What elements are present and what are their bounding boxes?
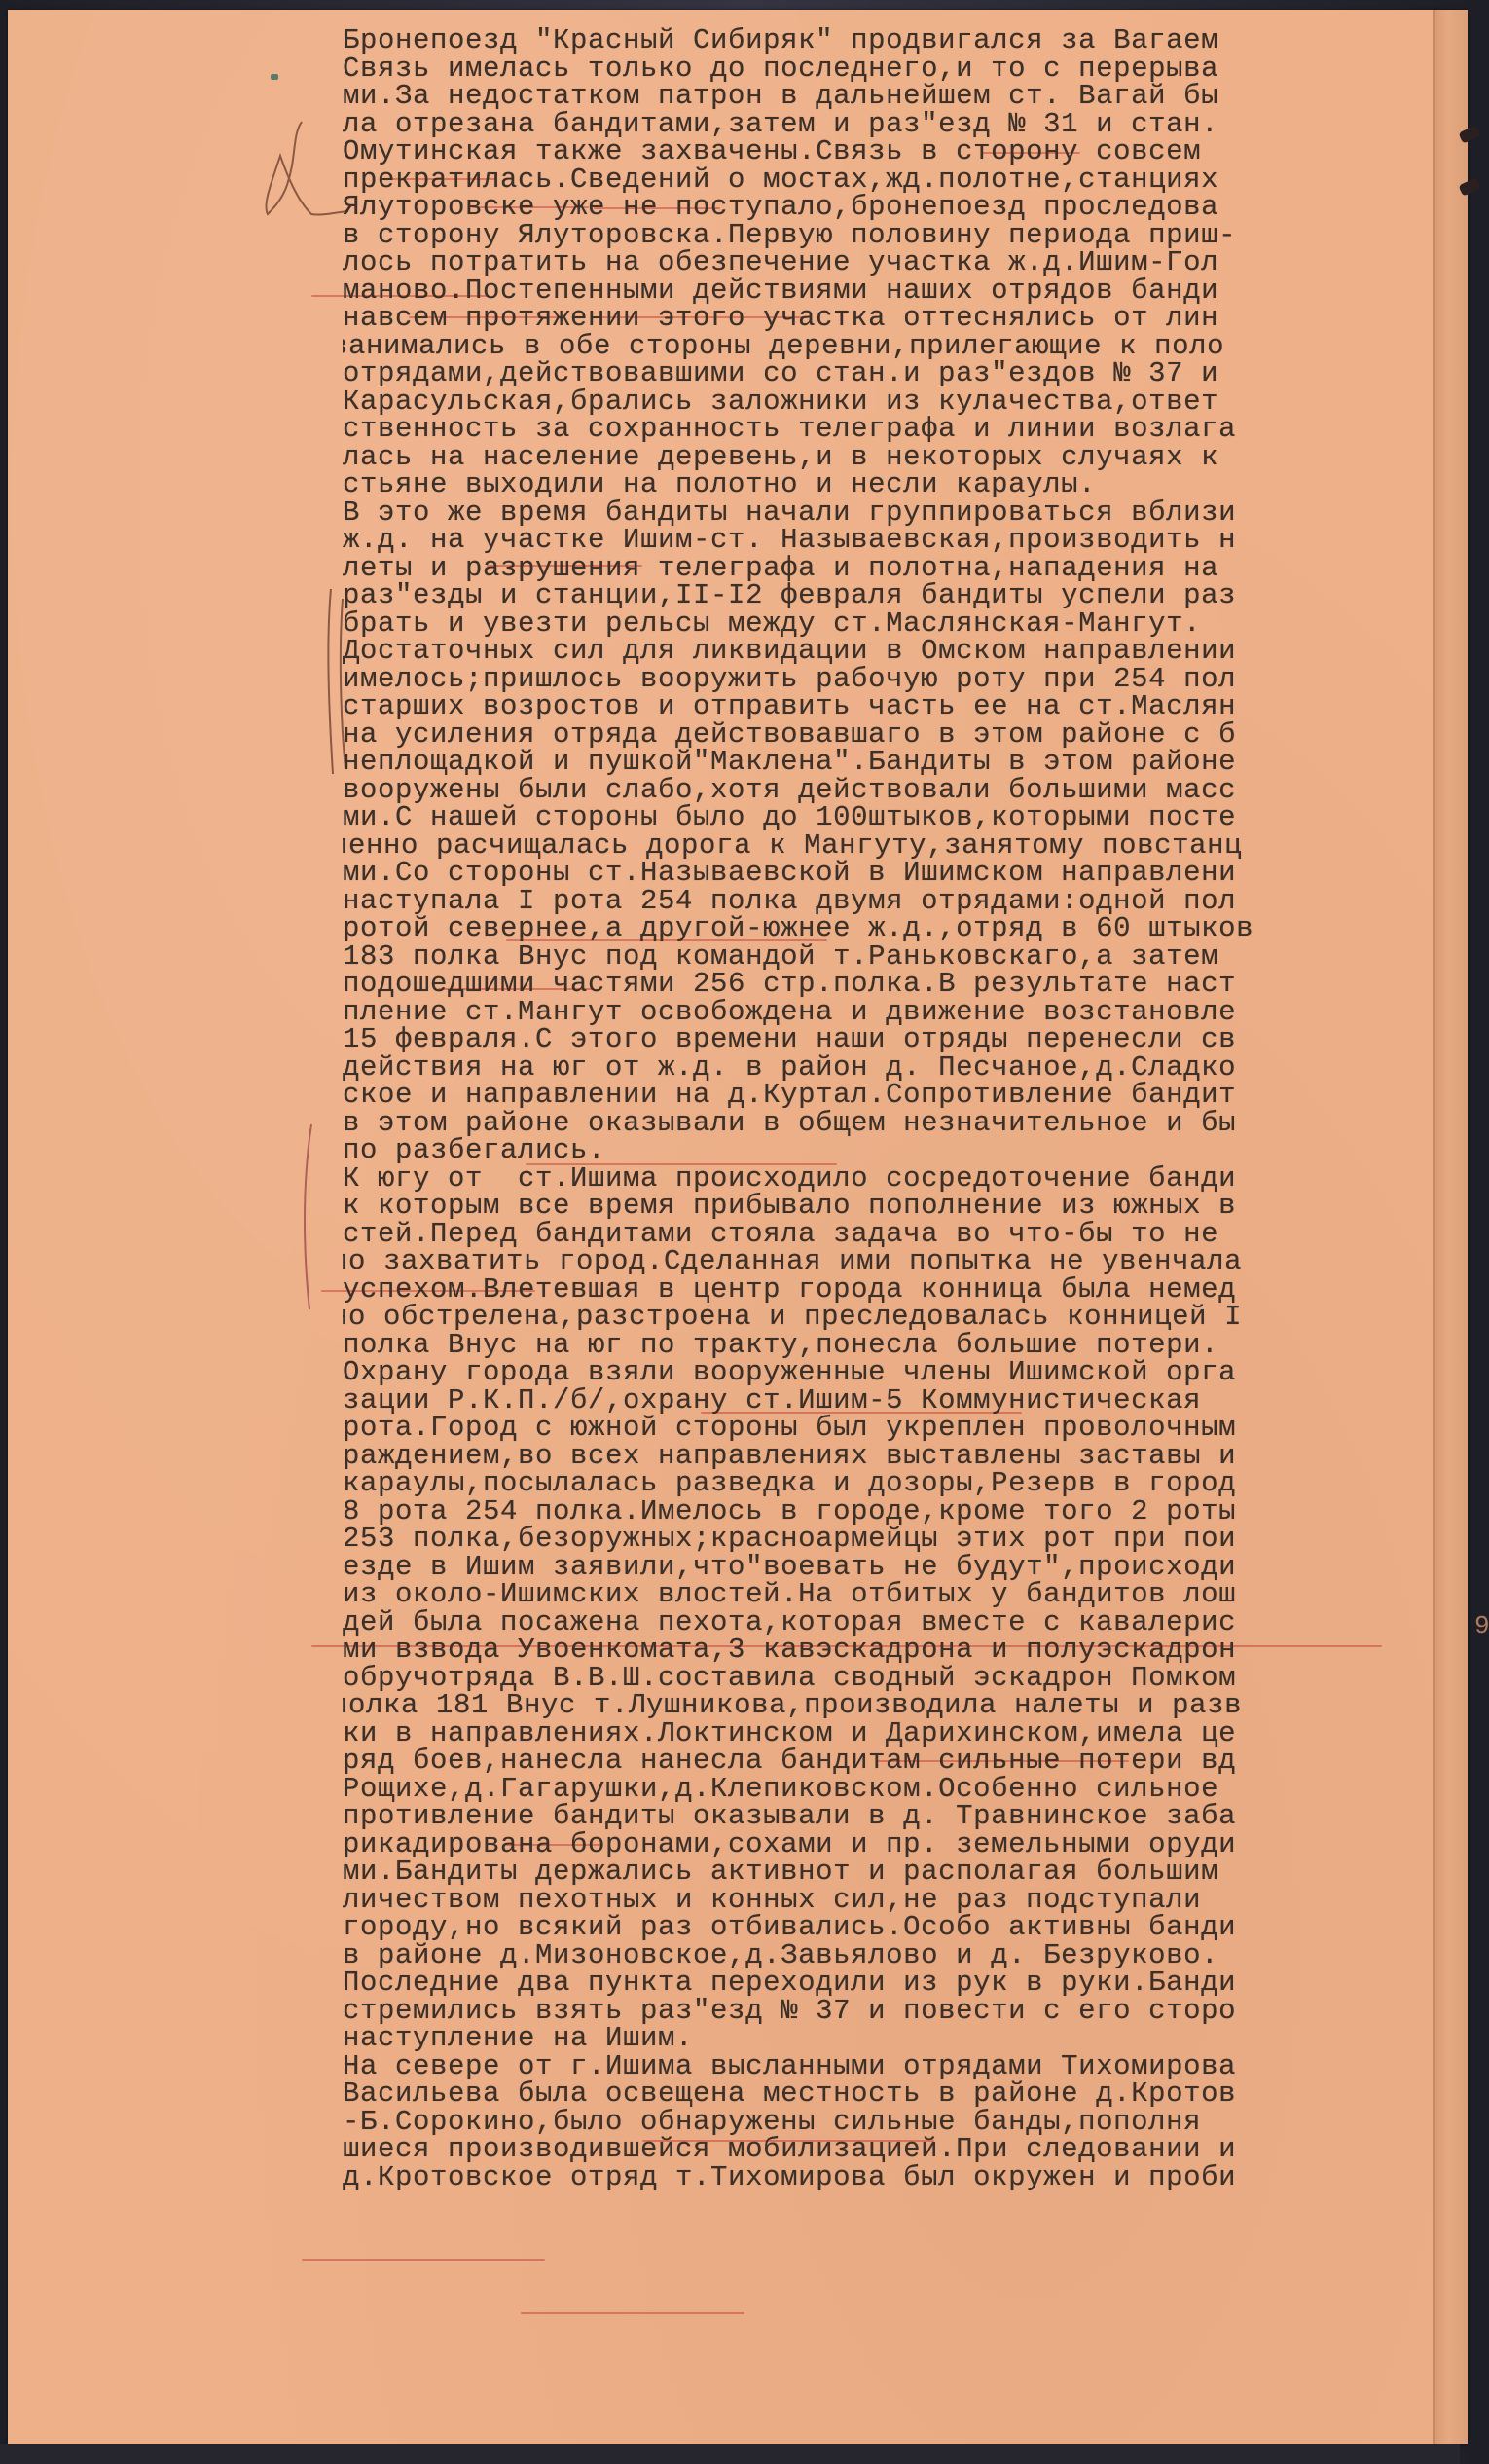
text-line: пенно расчищалась дорога к Мангуту,занят… [343, 832, 1462, 861]
text-line: 8 рота 254 полка.Имелось в городе,кроме … [343, 1498, 1462, 1526]
text-line: городу,но всякий раз отбивались.Особо ак… [343, 1914, 1462, 1942]
text-line: навсем протяжении этого участка оттеснял… [343, 305, 1462, 333]
text-line: ла отрезана бандитами,затем и раз"езд № … [343, 111, 1462, 139]
text-line: Связь имелась только до последнего,и то … [343, 55, 1462, 84]
text-line: ское и направлении на д.Куртал.Сопротивл… [343, 1082, 1462, 1110]
text-line: 253 полка,безоружных;красноармейцы этих … [343, 1526, 1462, 1554]
text-line: Охрану города взяли вооруженные члены Иш… [343, 1359, 1462, 1387]
text-line: обручотряда В.В.Ш.составила сводный эска… [343, 1665, 1462, 1693]
text-line: в этом районе оказывали в общем незначит… [343, 1110, 1462, 1138]
pencil-underline [521, 2312, 744, 2314]
text-line: Бронепоезд "Красный Сибиряк" продвигался… [343, 27, 1462, 55]
margin-mark-icon [271, 74, 278, 80]
text-line: противление бандиты оказывали в д. Травн… [343, 1803, 1462, 1831]
text-line: личеством пехотных и конных сил,не раз п… [343, 1887, 1462, 1915]
text-line: стей.Перед бандитами стояла задача во чт… [343, 1221, 1462, 1249]
text-line: неплощадкой и пушкой"Маклена".Бандиты в … [343, 749, 1462, 777]
text-line: Ялуторовске уже не поступало,бронепоезд … [343, 194, 1462, 222]
text-line: ж.д. на участке Ишим-ст. Называевская,пр… [343, 527, 1462, 555]
text-line: ственность за сохранность телеграфа и ли… [343, 416, 1462, 444]
text-line: раждением,во всех направлениях выставлен… [343, 1443, 1462, 1471]
text-line: к которым все время прибывало пополнение… [343, 1193, 1462, 1221]
text-line: ми взвода Увоенкомата,3 кавэскадрона и п… [343, 1637, 1462, 1665]
text-line: пление ст.Мангут освобождена и движение … [343, 999, 1462, 1027]
text-line: ми.За недостатком патрон в дальнейшем ст… [343, 83, 1462, 111]
text-line: но обстрелена,разстроена и преследовалас… [343, 1304, 1462, 1332]
text-line: из около-Ишимских влостей.На отбитых у б… [343, 1581, 1462, 1609]
text-line: наступала I рота 254 полка двумя отрядам… [343, 888, 1462, 916]
text-line: стьяне выходили на полотно и несли карау… [343, 471, 1462, 499]
text-line: шиеся производившейся мобилизацией.При с… [343, 2136, 1462, 2164]
text-line: имелось;пришлось вооружить рабочую роту … [343, 666, 1462, 694]
text-line: К югу от ст.Ишима происходило сосредоточ… [343, 1165, 1462, 1194]
text-line: лась на население деревень,и в некоторых… [343, 444, 1462, 472]
text-line: рота.Город с южной стороны был укреплен … [343, 1415, 1462, 1443]
text-line: Рощихе,д.Гагарушки,д.Клепиковском.Особен… [343, 1776, 1462, 1804]
text-line: успехом.Влетевшая в центр города конница… [343, 1276, 1462, 1305]
text-line: в районе д.Мизоновское,д.Завьялово и д. … [343, 1942, 1462, 1970]
text-line: ми.Бандиты держались активнот и располаг… [343, 1858, 1462, 1887]
text-line: караулы,посылалась разведка и дозоры,Рез… [343, 1470, 1462, 1498]
text-line: лось потратить на обезпечение участка ж.… [343, 249, 1462, 277]
text-line: ло захватить город.Сделанная ими попытка… [343, 1248, 1462, 1276]
text-line: дей была посажена пехота,которая вместе … [343, 1609, 1462, 1637]
scan-bottom-border [0, 2444, 1460, 2464]
text-line: на усиления отряда действовавшаго в этом… [343, 721, 1462, 750]
pencil-check-mark-icon [243, 117, 350, 234]
text-line: действия на юг от ж.д. в район д. Песчан… [343, 1054, 1462, 1083]
text-line: ми.С нашей стороны было до 100штыков,кот… [343, 804, 1462, 832]
text-line: ротой севернее,а другой-южнее ж.д.,отряд… [343, 915, 1462, 943]
text-line: полка Внус на юг по тракту,понесла больш… [343, 1332, 1462, 1360]
text-line: Омутинская также захвачены.Связь в сторо… [343, 138, 1462, 166]
text-line: Карасульская,брались заложники из кулаче… [343, 388, 1462, 417]
text-line: по разбегались. [343, 1137, 1462, 1165]
text-line: ряд боев,нанесла нанесла бандитам сильны… [343, 1747, 1462, 1776]
text-line: вооружены были слабо,хотя действовали бо… [343, 777, 1462, 805]
text-line: старших возростов и отправить часть ее н… [343, 693, 1462, 721]
text-line: стремились взять раз"езд № 37 и повести … [343, 1998, 1462, 2026]
text-line: На севере от г.Ишима высланными отрядами… [343, 2053, 1462, 2081]
text-line: брать и увезти рельсы между ст.Маслянска… [343, 610, 1462, 639]
text-line: в сторону Ялуторовска.Первую половину пе… [343, 222, 1462, 250]
text-line: отрядами,действовавшими со стан.и раз"ез… [343, 360, 1462, 388]
text-line: 15 февраля.С этого времени наши отряды п… [343, 1026, 1462, 1054]
margin-bracket-mark-icon [292, 1120, 331, 1314]
text-line: Васильева была освещена местность в райо… [343, 2080, 1462, 2109]
text-line: раз"езды и станции,II-I2 февраля бандиты… [343, 582, 1462, 610]
text-line: занимались в обе стороны деревни,прилега… [343, 333, 1462, 361]
text-line: В это же время бандиты начали группирова… [343, 499, 1462, 528]
text-line: д.Кротовское отряд т.Тихомирова был окру… [343, 2164, 1462, 2192]
text-line: прекратилась.Сведений о мостах,жд.полотн… [343, 166, 1462, 195]
typewritten-text-body: Бронепоезд "Красный Сибиряк" продвигался… [343, 27, 1462, 2191]
text-line: 183 полка Внус под командой т.Раньковска… [343, 943, 1462, 972]
text-line: наступление на Ишим. [343, 2025, 1462, 2053]
text-line: езде в Ишим заявили,что"воевать не будут… [343, 1554, 1462, 1582]
text-line: леты и разрушения телеграфа и полотна,на… [343, 555, 1462, 583]
pencil-underline [302, 2259, 545, 2261]
text-line: подошедшими частями 256 стр.полка.В резу… [343, 971, 1462, 999]
text-line: рикадирована боронами,сохами и пр. земел… [343, 1831, 1462, 1859]
text-line: ки в направлениях.Локтинском и Дарихинск… [343, 1720, 1462, 1748]
text-line: маново.Постепенными действиями наших отр… [343, 277, 1462, 306]
text-line: Достаточных сил для ликвидации в Омском … [343, 638, 1462, 666]
text-line: зации Р.К.П./б/,охрану ст.Ишим-5 Коммуни… [343, 1387, 1462, 1416]
text-line: Последние два пункта переходили из рук в… [343, 1969, 1462, 1998]
page-margin-number: 9 [1474, 1611, 1489, 1640]
text-line: ми.Со стороны ст.Называевской в Ишимском… [343, 860, 1462, 888]
text-line: -Б.Сорокино,было обнаружены сильные банд… [343, 2109, 1462, 2137]
text-line: полка 181 Внус т.Лушникова,производила н… [343, 1692, 1462, 1720]
